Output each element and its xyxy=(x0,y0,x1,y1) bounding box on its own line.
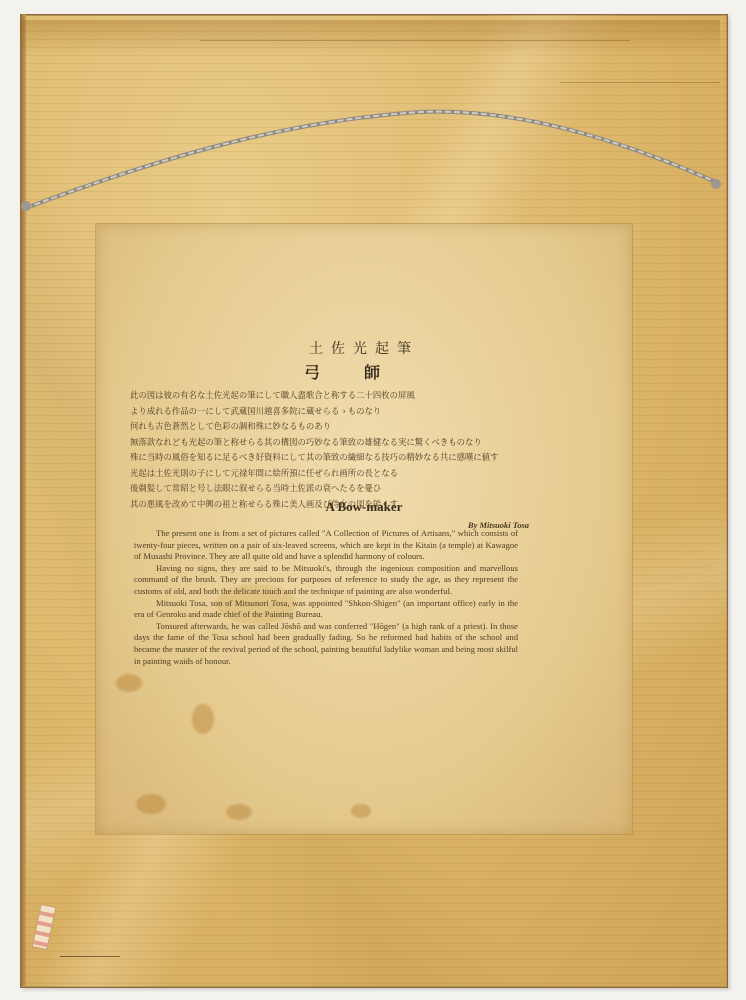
en-paragraph: Mitsuoki Tosa, son of Mitsunori Tosa, wa… xyxy=(134,598,518,621)
jp-line: 無落款なれども光起の筆と称せらる其の構図の巧妙なる筆致の雄健なる実に驚くべきもの… xyxy=(130,435,518,451)
jp-line: 此の図は彼の有名な土佐光起の筆にして職人盡歌合と称する二十四枚の屏風 xyxy=(130,388,518,404)
jp-line: 光起は土佐光則の子にして元禄年間に絵所預に任ぜられ画所の長となる xyxy=(130,466,518,482)
japanese-description: 此の図は彼の有名な土佐光起の筆にして職人盡歌合と称する二十四枚の屏風 より成れる… xyxy=(130,388,518,512)
hanging-wire xyxy=(0,0,746,240)
japanese-title: 弓師 xyxy=(96,360,632,383)
jp-line: より成れる作品の一にして武蔵国川越喜多院に蔵せらるゝものなり xyxy=(130,404,518,420)
en-paragraph: The present one is from a set of picture… xyxy=(134,528,518,563)
jp-line: 後剃髪して常昭と号し法眼に叙せらる当時土佐派の衰へたるを憂ひ xyxy=(130,481,518,497)
en-paragraph: Tonsured afterwards, he was called Jōshō… xyxy=(134,621,518,667)
wire-anchor-right-icon xyxy=(711,179,721,189)
japanese-author-heading: 土佐光起筆 xyxy=(96,338,632,358)
jp-line: 何れも古色蒼然として色彩の調和殊に妙なるものあり xyxy=(130,419,518,435)
english-description: The present one is from a set of picture… xyxy=(134,528,518,667)
jp-line: 其の悪風を改めて中興の祖と称せらる殊に美人画及び侍女の図を能くす xyxy=(130,497,518,513)
jp-line: 殊に当時の風俗を知るに足るべき好資料にして其の筆致の繊細なる技巧の精妙なる共に感… xyxy=(130,450,518,466)
paper-tear xyxy=(60,956,120,957)
en-paragraph: Having no signs, they are said to be Mit… xyxy=(134,563,518,598)
wire-anchor-left-icon xyxy=(21,201,31,211)
